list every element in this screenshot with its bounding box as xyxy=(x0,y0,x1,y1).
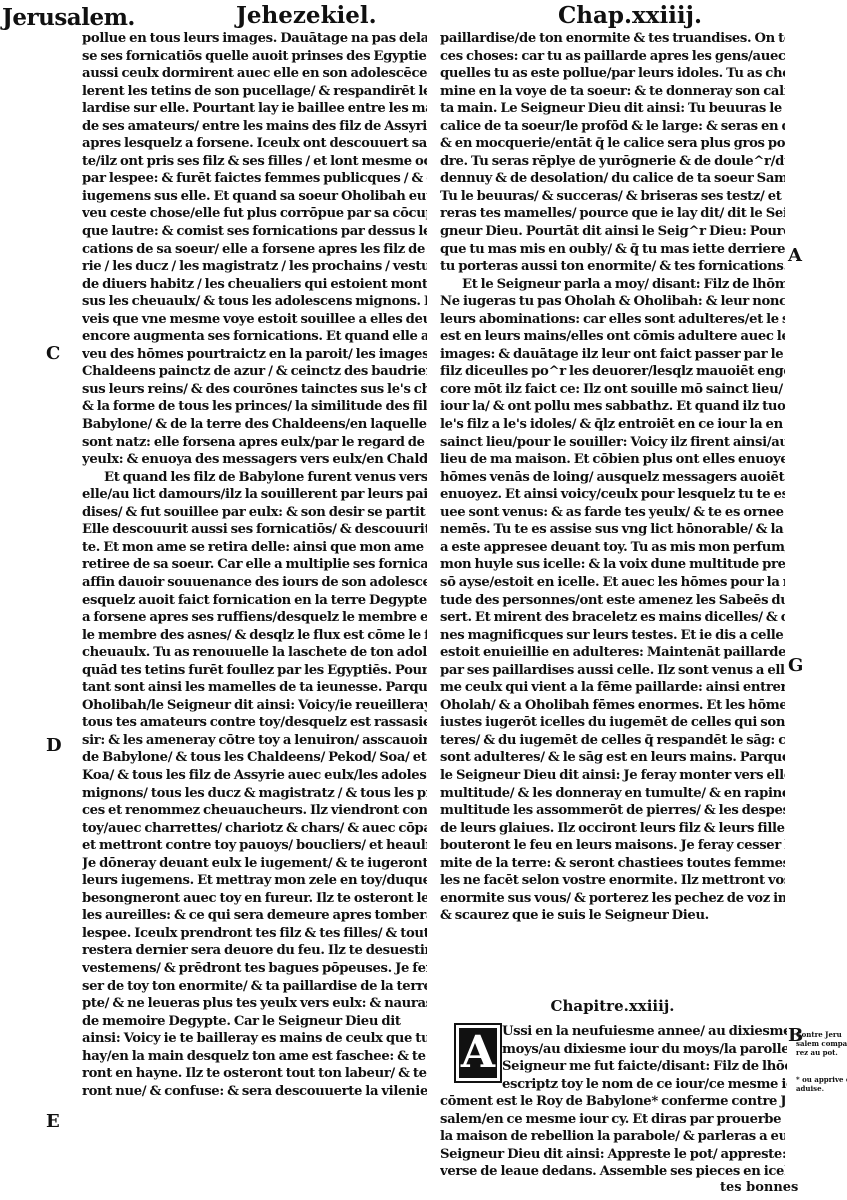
text-line: de Babylone/ & tous les Chaldeens/ Pekod… xyxy=(82,749,427,767)
text-line: Et quand les filz de Babylone furent ven… xyxy=(82,469,427,487)
text-line: cōment est le Roy de Babylone* conferme … xyxy=(440,1093,785,1111)
text-line: reras tes mamelles/ pource que ie lay di… xyxy=(440,205,785,223)
text-line: apres lesquelz a forsene. Iceulx ont des… xyxy=(82,135,427,153)
text-line: teres/ & du iugemēt de celles q̄ respand… xyxy=(440,732,785,750)
text-line: paillardise/de ton enormite & tes truand… xyxy=(440,30,785,48)
text-line: dre. Tu seras rēplye de yurōgnerie & de … xyxy=(440,153,785,171)
text-line: Je dōneray deuant eulx le iugement/ & te… xyxy=(82,855,427,873)
text-line: salem/en ce mesme iour cy. Et diras par … xyxy=(440,1111,785,1129)
text-line: mon huyle sus icelle: & la voix dune mul… xyxy=(440,556,785,574)
text-line: bouteront le feu en leurs maisons. Je fe… xyxy=(440,837,785,855)
text-line: Seigneur me fut faicte/disant: Filz de l… xyxy=(502,1058,787,1076)
text-line: sainct lieu/pour le souiller: Voicy ilz … xyxy=(440,434,785,452)
marginal-gloss: * ou apprive ou aduise. xyxy=(796,1075,847,1093)
text-line: verse de leaue dedans. Assemble ses piec… xyxy=(440,1163,785,1181)
text-line: la maison de rebellion la parabole/ & pa… xyxy=(440,1128,785,1146)
text-line: quelles tu as este pollue/par leurs idol… xyxy=(440,65,785,83)
text-line: de ses amateurs/ entre les mains des fil… xyxy=(82,118,427,136)
text-line: veis que vne mesme voye estoit souillee … xyxy=(82,311,427,329)
text-line: te/ilz ont pris ses filz & ses filles / … xyxy=(82,153,427,171)
text-line: dennuy & de desolation/ du calice de ta … xyxy=(440,170,785,188)
text-line: rie / les ducz / les magistratz / les pr… xyxy=(82,258,427,276)
text-line: le's filz a le's idoles/ & q̄lz entroiēt… xyxy=(440,416,785,434)
text-line: se ses fornicatiōs quelle auoit prinses … xyxy=(82,48,427,66)
text-line: quād tes tetins furēt foullez par les Eg… xyxy=(82,662,427,680)
text-line: hōmes venās de loing/ ausquelz messagers… xyxy=(440,469,785,487)
text-line: & scaurez que ie suis le Seigneur Dieu. xyxy=(440,907,785,925)
margin-section-letter: G xyxy=(788,655,803,676)
text-line: que lautre: & comist ses fornications pa… xyxy=(82,223,427,241)
text-line: sir: & les ameneray cōtre toy a lenuiron… xyxy=(82,732,427,750)
text-line: & en mocquerie/entāt q̄ le calice sera p… xyxy=(440,135,785,153)
text-line: uee sont venus: & as farde tes yeulx/ & … xyxy=(440,504,785,522)
text-line: lardise sur elle. Pourtant lay ie baille… xyxy=(82,100,427,118)
text-line: est en leurs mains/elles ont cōmis adult… xyxy=(440,328,785,346)
text-line: tu porteras aussi ton enormite/ & tes fo… xyxy=(440,258,785,276)
text-line: cations de sa soeur/ elle a forsene apre… xyxy=(82,241,427,259)
running-head-chapter: Chap.xxiiij. xyxy=(558,2,702,29)
text-line: moys/au dixiesme iour du moys/la parolle… xyxy=(502,1041,787,1059)
text-line: te. Et mon ame se retira delle: ainsi qu… xyxy=(82,539,427,557)
text-line: Chaldeens painctz de azur / & ceinctz de… xyxy=(82,363,427,381)
text-line: ront nue/ & confuse: & sera descouuerte … xyxy=(82,1083,427,1101)
text-line: besongneront auec toy en fureur. Ilz te … xyxy=(82,890,427,908)
text-line: hay/en la main desquelz ton ame est fasc… xyxy=(82,1048,427,1066)
text-line: sus leurs reins/ & des courōnes tainctes… xyxy=(82,381,427,399)
text-line: par ses paillardises aussi celle. Ilz so… xyxy=(440,662,785,680)
marginal-gloss: Contre Jeru salem compa rez au pot. xyxy=(796,1030,847,1057)
text-line: toy/auec charrettes/ chariotz & chars/ &… xyxy=(82,820,427,838)
text-line: que tu mas mis en oubly/ & q̄ tu mas iet… xyxy=(440,241,785,259)
text-line: retiree de sa soeur. Car elle a multipli… xyxy=(82,556,427,574)
text-line: aussi ceulx dormirent auec elle en son a… xyxy=(82,65,427,83)
text-line: ces choses: car tu as paillarde apres le… xyxy=(440,48,785,66)
catchword: tes bonnes xyxy=(720,1180,798,1195)
text-line: tous tes amateurs contre toy/desquelz es… xyxy=(82,714,427,732)
text-line: les ne facēt selon vostre enormite. Ilz … xyxy=(440,872,785,890)
left-text-column: pollue en tous leurs images. Dauātage na… xyxy=(82,30,427,1100)
right-text-column: paillardise/de ton enormite & tes truand… xyxy=(440,30,785,925)
text-line: ront en hayne. Ilz te osteront tout ton … xyxy=(82,1065,427,1083)
text-line: restera dernier sera deuore du feu. Ilz … xyxy=(82,942,427,960)
text-line: mignons/ tous les ducz & magistratz / & … xyxy=(82,785,427,803)
text-line: lieu de ma maison. Et cōbien plus ont el… xyxy=(440,451,785,469)
text-line: ces et renommez cheuaucheurs. Ilz viendr… xyxy=(82,802,427,820)
book-page: Jerusalem. Jehezekiel. Chap.xxiiij. poll… xyxy=(0,0,847,1200)
text-line: a este appresee deuant toy. Tu as mis mo… xyxy=(440,539,785,557)
text-line: par lespee: & furēt faictes femmes publi… xyxy=(82,170,427,188)
text-line: Oholibah/le Seigneur dit ainsi: Voicy/ie… xyxy=(82,697,427,715)
text-line: gneur Dieu. Pourtāt dit ainsi le Seig^r … xyxy=(440,223,785,241)
text-line: tant sont ainsi les mamelles de ta ieune… xyxy=(82,679,427,697)
margin-section-letter: E xyxy=(46,1111,60,1132)
decorated-initial-letter: A xyxy=(454,1023,502,1083)
text-line: le Seigneur Dieu dit ainsi: Je feray mon… xyxy=(440,767,785,785)
text-line: veu ceste chose/elle fut plus corrōpue p… xyxy=(82,205,427,223)
text-line: elle/au lict damours/ilz la souillerent … xyxy=(82,486,427,504)
text-line: Oholah/ & a Oholibah fēmes enormes. Et l… xyxy=(440,697,785,715)
text-line: me ceulx qui vient a la fēme paillarde: … xyxy=(440,679,785,697)
text-line: de leurs glaiues. Ilz occiront leurs fil… xyxy=(440,820,785,838)
text-line: filz diceulles po^r les deuorer/lesqlz m… xyxy=(440,363,785,381)
text-line: calice de ta soeur/le profōd & le large:… xyxy=(440,118,785,136)
text-line: enormite sus vous/ & porterez les pechez… xyxy=(440,890,785,908)
text-line: tude des personnes/ont este amenez les S… xyxy=(440,592,785,610)
text-line: les aureilles: & ce qui sera demeure apr… xyxy=(82,907,427,925)
text-line: ainsi: Voicy ie te bailleray es mains de… xyxy=(82,1030,427,1048)
text-line: iustes iugerōt icelles du iugemēt de cel… xyxy=(440,714,785,732)
text-line: core mōt ilz faict ce: Ilz ont souille m… xyxy=(440,381,785,399)
running-head-left: Jerusalem. xyxy=(2,4,135,31)
text-line: lespee. Iceulx prendront tes filz & tes … xyxy=(82,925,427,943)
text-line: images: & dauātage ilz leur ont faict pa… xyxy=(440,346,785,364)
text-line: estoit enuieillie en adulteres: Maintenā… xyxy=(440,644,785,662)
text-line: leurs iugemens. Et mettray mon zele en t… xyxy=(82,872,427,890)
text-line: pte/ & ne leueras plus tes yeulx vers eu… xyxy=(82,995,427,1013)
text-line: esquelz auoit faict fornication en la te… xyxy=(82,592,427,610)
text-line: le membre des asnes/ & desqlz le flux es… xyxy=(82,627,427,645)
running-head-center: Jehezekiel. xyxy=(236,2,377,29)
text-line: Ussi en la neufuiesme annee/ au dixiesme xyxy=(502,1023,787,1041)
text-line: vestemens/ & prēdront tes bagues pōpeuse… xyxy=(82,960,427,978)
text-line: sont adulteres/ & le sāg est en leurs ma… xyxy=(440,749,785,767)
text-line: multitude les assommerōt de pierres/ & l… xyxy=(440,802,785,820)
text-line: iour la/ & ont pollu mes sabbathz. Et qu… xyxy=(440,398,785,416)
text-line: sont natz: elle forsena apres eulx/par l… xyxy=(82,434,427,452)
text-line: affin dauoir souuenance des iours de son… xyxy=(82,574,427,592)
text-line: multitude/ & les donneray en tumulte/ & … xyxy=(440,785,785,803)
text-line: cheuaulx. Tu as renouuelle la laschete d… xyxy=(82,644,427,662)
text-line: dises/ & fut souillee par eulx: & son de… xyxy=(82,504,427,522)
text-line: et mettront contre toy pauoys/ boucliers… xyxy=(82,837,427,855)
text-line: de diuers habitz / les cheualiers qui es… xyxy=(82,276,427,294)
margin-section-letter: D xyxy=(46,735,62,756)
text-line: sert. Et mirent des braceletz es mains d… xyxy=(440,609,785,627)
text-line: ta main. Le Seigneur Dieu dit ainsi: Tu … xyxy=(440,100,785,118)
text-line: iugemens sus elle. Et quand sa soeur Oho… xyxy=(82,188,427,206)
text-line: ser de toy ton enormite/ & ta paillardis… xyxy=(82,978,427,996)
text-line: lerent les tetins de son pucellage/ & re… xyxy=(82,83,427,101)
margin-section-letter: A xyxy=(788,245,802,266)
text-line: encore augmenta ses fornications. Et qua… xyxy=(82,328,427,346)
chapter-opening-lines: Ussi en la neufuiesme annee/ au dixiesme… xyxy=(502,1023,787,1093)
text-line: veu des hōmes pourtraictz en la paroit/ … xyxy=(82,346,427,364)
text-line: mine en la voye de ta soeur: & te donner… xyxy=(440,83,785,101)
text-line: Seigneur Dieu dit ainsi: Appreste le pot… xyxy=(440,1146,785,1164)
text-line: Et le Seigneur parla a moy/ disant: Filz… xyxy=(440,276,785,294)
chapter-body-lines: cōment est le Roy de Babylone* conferme … xyxy=(440,1093,785,1181)
text-line: de memoire Degypte. Car le Seigneur Dieu… xyxy=(82,1013,427,1031)
text-line: Elle descouurit aussi ses fornicatiōs/ &… xyxy=(82,521,427,539)
text-line: Koa/ & tous les filz de Assyrie auec eul… xyxy=(82,767,427,785)
text-line: yeulx: & enuoya des messagers vers eulx/… xyxy=(82,451,427,469)
text-line: enuoyez. Et ainsi voicy/ceulx pour lesqu… xyxy=(440,486,785,504)
text-line: & la forme de tous les princes/ la simil… xyxy=(82,398,427,416)
text-line: nes magnificques sur leurs testes. Et ie… xyxy=(440,627,785,645)
text-line: Tu le beuuras/ & succeras/ & briseras se… xyxy=(440,188,785,206)
text-line: mite de la terre: & seront chastiees tou… xyxy=(440,855,785,873)
chapter-heading: Chapitre.xxiiij. xyxy=(440,997,785,1015)
text-line: escriptz toy le nom de ce iour/ce mesme … xyxy=(502,1076,787,1094)
text-line: pollue en tous leurs images. Dauātage na… xyxy=(82,30,427,48)
text-line: Ne iugeras tu pas Oholah & Oholibah: & l… xyxy=(440,293,785,311)
text-line: sō ayse/estoit en icelle. Et auec les hō… xyxy=(440,574,785,592)
text-line: leurs abominations: car elles sont adult… xyxy=(440,311,785,329)
text-line: nemēs. Tu te es assise sus vng lict hōno… xyxy=(440,521,785,539)
text-line: sus les cheuaulx/ & tous les adolescens … xyxy=(82,293,427,311)
margin-section-letter: C xyxy=(46,343,60,364)
text-line: Babylone/ & de la terre des Chaldeens/en… xyxy=(82,416,427,434)
text-line: a forsene apres ses ruffiens/desquelz le… xyxy=(82,609,427,627)
